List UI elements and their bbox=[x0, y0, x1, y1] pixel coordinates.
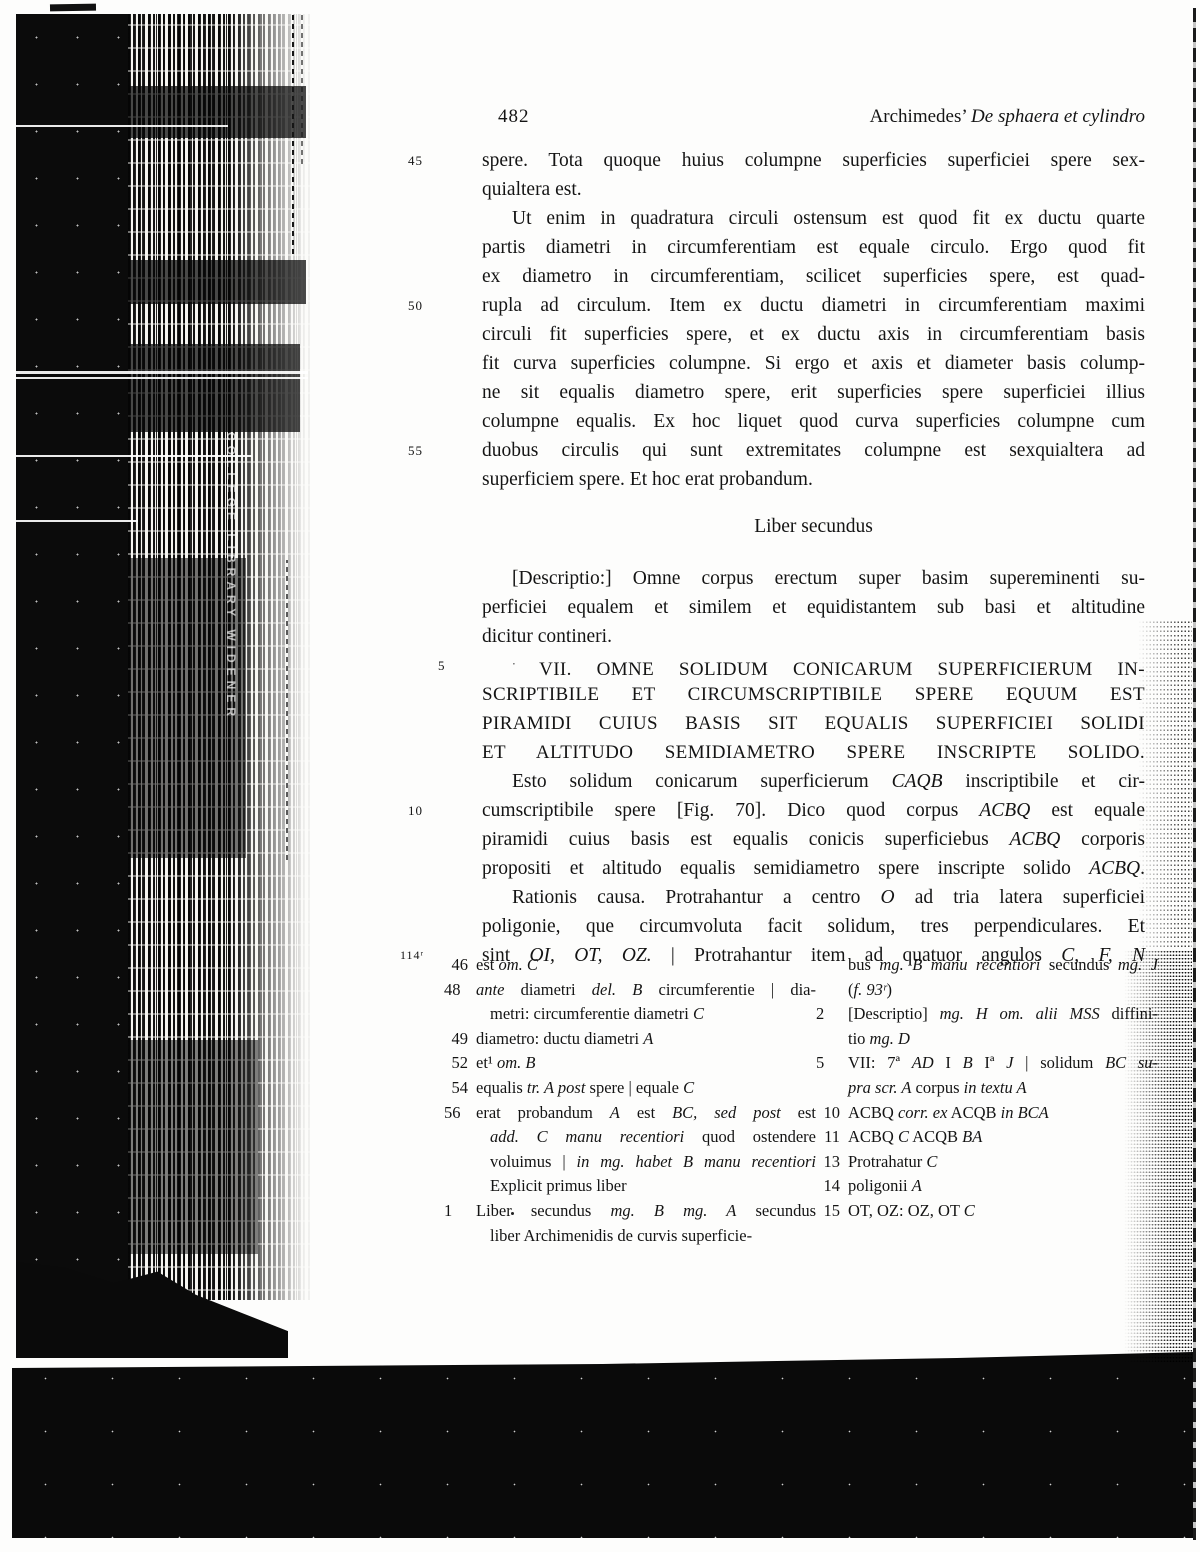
note-text: ACBQ corr. ex ACQB in BCA bbox=[848, 1103, 1049, 1122]
page-header: 482 Archimedes’ De sphaera et cylindro bbox=[482, 106, 1145, 134]
note-line-number: 54 bbox=[444, 1076, 468, 1101]
note-text: est om. C bbox=[476, 955, 538, 974]
text-line: 45spere. Tota quoque huius columpne supe… bbox=[482, 146, 1145, 175]
apparatus-note-line: (f. 93ʳ) bbox=[816, 978, 1158, 1003]
apparatus-note-line: add. C manu recentiori quod ostendere bbox=[444, 1125, 816, 1150]
main-text: 45spere. Tota quoque huius columpne supe… bbox=[482, 146, 1145, 970]
scan-scratch-line bbox=[16, 125, 228, 127]
note-text: erat probandum A est BC, sed post est bbox=[476, 1103, 816, 1122]
text-line: fit curva superficies columpne. Si ergo … bbox=[482, 349, 1145, 378]
margin-line-number: 5 bbox=[408, 651, 468, 680]
scan-dense-band bbox=[128, 344, 300, 432]
library-stamp: COLLEGE LIBRARY WIDENER bbox=[224, 432, 238, 842]
note-text: OT, OZ: OZ, OT C bbox=[848, 1201, 975, 1220]
note-text: liber Archimenidis de curvis superficie- bbox=[490, 1226, 752, 1245]
text-line: SCRIPTIBILE ET CIRCUMSCRIPTIBILE SPERE E… bbox=[482, 680, 1145, 709]
text-line-content: quialtera est. bbox=[482, 179, 582, 200]
text-line: piramidi cuius basis est equalis conicis… bbox=[482, 825, 1145, 854]
text-line-content: duobus circulis qui sunt extremitates co… bbox=[482, 440, 1145, 461]
margin-line-number: 55 bbox=[408, 436, 468, 465]
apparatus-note-line: 13Protrahatur C bbox=[816, 1150, 1158, 1175]
apparatus-note-line: 54equalis tr. A post spere | equale C bbox=[444, 1076, 816, 1101]
scan-streak-line bbox=[286, 560, 288, 860]
text-line: PIRAMIDI CUIUS BASIS SIT EQUALIS SUPERFI… bbox=[482, 709, 1145, 738]
note-line-number: 14 bbox=[816, 1174, 840, 1199]
text-line-content: ET ALTITUDO SEMIDIAMETRO SPERE INSCRIPTE… bbox=[482, 742, 1145, 763]
note-text: (f. 93ʳ) bbox=[848, 980, 892, 999]
apparatus-note-line: Explicit primus liber bbox=[444, 1174, 816, 1199]
text-line-content: ne sit equalis diametro spere, erit supe… bbox=[482, 382, 1145, 403]
apparatus-note-line: 2[Descriptio] mg. H om. alii MSS diffini… bbox=[816, 1002, 1158, 1027]
text-line-content: partis diametri in circumferentiam est e… bbox=[482, 237, 1145, 258]
note-line-number: 11 bbox=[816, 1125, 840, 1150]
text-line: Rationis causa. Protrahantur a centro O … bbox=[482, 883, 1145, 912]
margin-line-number: 45 bbox=[408, 146, 468, 175]
note-text: VII: 7ª AD I B Iª J | solidum BC su- bbox=[848, 1053, 1158, 1072]
text-line: perficiei equalem et similem et equidist… bbox=[482, 593, 1145, 622]
scan-scratch-line bbox=[16, 455, 252, 457]
note-text: metri: circumferentie diametri C bbox=[490, 1004, 704, 1023]
apparatus-note-line: tio mg. D bbox=[816, 1027, 1158, 1052]
text-line: 55duobus circulis qui sunt extremitates … bbox=[482, 436, 1145, 465]
running-header: Archimedes’ De sphaera et cylindro bbox=[870, 106, 1145, 128]
note-text: poligonii A bbox=[848, 1176, 922, 1195]
text-line-content: circuli fit superficies spere, et ex duc… bbox=[482, 324, 1145, 345]
text-line: ne sit equalis diametro spere, erit supe… bbox=[482, 378, 1145, 407]
note-text: Liber secundus mg. B mg. A secundus bbox=[476, 1201, 816, 1220]
scan-gutter-shadow bbox=[16, 14, 128, 1352]
apparatus-note-line: liber Archimenidis de curvis superficie- bbox=[444, 1224, 816, 1249]
scan-dense-band bbox=[128, 86, 306, 138]
note-line-number: 5 bbox=[816, 1051, 840, 1076]
note-text: equalis tr. A post spere | equale C bbox=[476, 1078, 694, 1097]
scan-smudge bbox=[50, 4, 96, 12]
apparatus-note-line: 5VII: 7ª AD I B Iª J | solidum BC su- bbox=[816, 1051, 1158, 1076]
scan-scratch-line bbox=[16, 377, 308, 379]
note-text: pra scr. A corpus in textu A bbox=[848, 1078, 1027, 1097]
text-line-content: spere. Tota quoque huius columpne superf… bbox=[482, 150, 1145, 171]
note-text: ACBQ C ACQB BA bbox=[848, 1127, 982, 1146]
apparatus-note-line: 10ACBQ corr. ex ACQB in BCA bbox=[816, 1101, 1158, 1126]
note-line-number: 48 bbox=[444, 978, 468, 1003]
scan-speckle-band bbox=[1124, 950, 1192, 1362]
note-line-number: 56 bbox=[444, 1101, 468, 1126]
text-line-content: poligonie, que circumvoluta facit solidu… bbox=[482, 916, 1145, 937]
text-line: partis diametri in circumferentiam est e… bbox=[482, 233, 1145, 262]
text-block-1: 45spere. Tota quoque huius columpne supe… bbox=[482, 146, 1145, 494]
text-line: [Descriptio:] Omne corpus erectum super … bbox=[482, 564, 1145, 593]
apparatus-note-line: 52et¹ om. B bbox=[444, 1051, 816, 1076]
apparatus-note-line: pra scr. A corpus in textu A bbox=[816, 1076, 1158, 1101]
text-line-content: columpne equalis. Ex hoc liquet quod cur… bbox=[482, 411, 1145, 432]
scan-scratch-line bbox=[16, 520, 138, 522]
text-line-content: SCRIPTIBILE ET CIRCUMSCRIPTIBILE SPERE E… bbox=[482, 684, 1145, 705]
text-line-content: PIRAMIDI CUIUS BASIS SIT EQUALIS SUPERFI… bbox=[482, 713, 1145, 734]
apparatus-note-line: voluimus | in mg. habet B manu recentior… bbox=[444, 1150, 816, 1175]
apparatus-note-line: 49diametro: ductu diametri A bbox=[444, 1027, 816, 1052]
note-text: voluimus | in mg. habet B manu recentior… bbox=[490, 1152, 816, 1171]
text-line-content: [Descriptio:] Omne corpus erectum super … bbox=[512, 568, 1145, 589]
text-line-content: propositi et altitudo equalis semidiamet… bbox=[482, 858, 1145, 879]
apparatus-note-line: 14poligonii A bbox=[816, 1174, 1158, 1199]
text-line-content: · VII. OMNE SOLIDUM CONICARUM SUPERFICIE… bbox=[512, 659, 1145, 680]
page-edge-line bbox=[1193, 8, 1196, 1540]
text-line: ET ALTITUDO SEMIDIAMETRO SPERE INSCRIPTE… bbox=[482, 738, 1145, 767]
text-line: circuli fit superficies spere, et ex duc… bbox=[482, 320, 1145, 349]
text-line: dicitur contineri. bbox=[482, 622, 1145, 651]
scanned-book-page: COLLEGE LIBRARY WIDENER 482 Archimedes’ … bbox=[0, 0, 1200, 1552]
text-line-content: dicitur contineri. bbox=[482, 626, 612, 647]
text-line: 5· VII. OMNE SOLIDUM CONICARUM SUPERFICI… bbox=[482, 651, 1145, 680]
note-text: add. C manu recentiori quod ostendere bbox=[490, 1127, 816, 1146]
note-text: bus mg. B manu recentiori secundus mg. J bbox=[848, 955, 1158, 974]
apparatus-note-line: 46est om. C bbox=[444, 953, 816, 978]
note-line-number: 1 bbox=[444, 1199, 468, 1224]
note-line-number: 15 bbox=[816, 1199, 840, 1224]
scan-streak-line bbox=[301, 14, 303, 164]
apparatus-note-line: 56erat probandum A est BC, sed post est bbox=[444, 1101, 816, 1126]
text-line: superficiem spere. Et hoc erat probandum… bbox=[482, 465, 1145, 494]
note-line-number: 49 bbox=[444, 1027, 468, 1052]
text-line: Ut enim in quadratura circuli ostensum e… bbox=[482, 204, 1145, 233]
text-line-content: piramidi cuius basis est equalis conicis… bbox=[482, 829, 1145, 850]
text-line: propositi et altitudo equalis semidiamet… bbox=[482, 854, 1145, 883]
text-line: ex diametro in circumferentiam, scilicet… bbox=[482, 262, 1145, 291]
text-line-content: rupla ad circulum. Item ex ductu diametr… bbox=[482, 295, 1145, 316]
note-text: tio mg. D bbox=[848, 1029, 910, 1048]
apparatus-left-column: 46est om. C48ante diametri del. B circum… bbox=[444, 953, 816, 1248]
note-text: [Descriptio] mg. H om. alii MSS diffini- bbox=[848, 1004, 1158, 1023]
note-line-number: 13 bbox=[816, 1150, 840, 1175]
apparatus-note-line: bus mg. B manu recentiori secundus mg. J bbox=[816, 953, 1158, 978]
text-line: 50rupla ad circulum. Item ex ductu diame… bbox=[482, 291, 1145, 320]
text-line-content: ex diametro in circumferentiam, scilicet… bbox=[482, 266, 1145, 287]
text-line: poligonie, que circumvoluta facit solidu… bbox=[482, 912, 1145, 941]
scan-dense-band bbox=[128, 260, 306, 304]
text-line: columpne equalis. Ex hoc liquet quod cur… bbox=[482, 407, 1145, 436]
note-line-number: 10 bbox=[816, 1101, 840, 1126]
margin-line-number: 10 bbox=[408, 796, 468, 825]
apparatus-right-column: bus mg. B manu recentiori secundus mg. J… bbox=[816, 953, 1158, 1224]
section-heading: Liber secundus bbox=[482, 512, 1145, 541]
note-text: et¹ om. B bbox=[476, 1053, 535, 1072]
apparatus-note-line: 15OT, OZ: OZ, OT C bbox=[816, 1199, 1158, 1224]
page-number: 482 bbox=[498, 106, 530, 127]
note-line-number: 2 bbox=[816, 1002, 840, 1027]
note-text: diametro: ductu diametri A bbox=[476, 1029, 653, 1048]
text-line-content: cumscriptibile spere [Fig. 70]. Dico quo… bbox=[482, 800, 1145, 821]
note-text: Protrahatur C bbox=[848, 1152, 937, 1171]
apparatus-note-line: metri: circumferentie diametri C bbox=[444, 1002, 816, 1027]
scan-dense-band bbox=[128, 1040, 258, 1254]
note-text: ante diametri del. B circumferentie | di… bbox=[476, 980, 816, 999]
text-line-content: perficiei equalem et similem et equidist… bbox=[482, 597, 1145, 618]
text-line: 10cumscriptibile spere [Fig. 70]. Dico q… bbox=[482, 796, 1145, 825]
scan-speckle-band bbox=[1138, 620, 1192, 950]
scan-bottom-bar bbox=[12, 1352, 1193, 1538]
text-line: Esto solidum conicarum superficierum CAQ… bbox=[482, 767, 1145, 796]
apparatus-note-line: 11ACBQ C ACQB BA bbox=[816, 1125, 1158, 1150]
note-line-number: 52 bbox=[444, 1051, 468, 1076]
margin-line-number: 50 bbox=[408, 291, 468, 320]
text-line-content: superficiem spere. Et hoc erat probandum… bbox=[482, 469, 813, 490]
note-line-number: 46 bbox=[444, 953, 468, 978]
scan-streak-line bbox=[292, 14, 294, 254]
apparatus-note-line: 48ante diametri del. B circumferentie | … bbox=[444, 978, 816, 1003]
text-line-content: Ut enim in quadratura circuli ostensum e… bbox=[512, 208, 1145, 229]
apparatus-note-line: 1Liber secundus mg. B mg. A secundus bbox=[444, 1199, 816, 1224]
text-block-2: [Descriptio:] Omne corpus erectum super … bbox=[482, 564, 1145, 970]
note-text: Explicit primus liber bbox=[490, 1176, 627, 1195]
text-line: quialtera est. bbox=[482, 175, 1145, 204]
scan-scratch-line bbox=[16, 371, 308, 374]
text-line-content: Rationis causa. Protrahantur a centro O … bbox=[512, 887, 1145, 908]
text-line-content: Esto solidum conicarum superficierum CAQ… bbox=[512, 771, 1145, 792]
text-line-content: fit curva superficies columpne. Si ergo … bbox=[482, 353, 1145, 374]
